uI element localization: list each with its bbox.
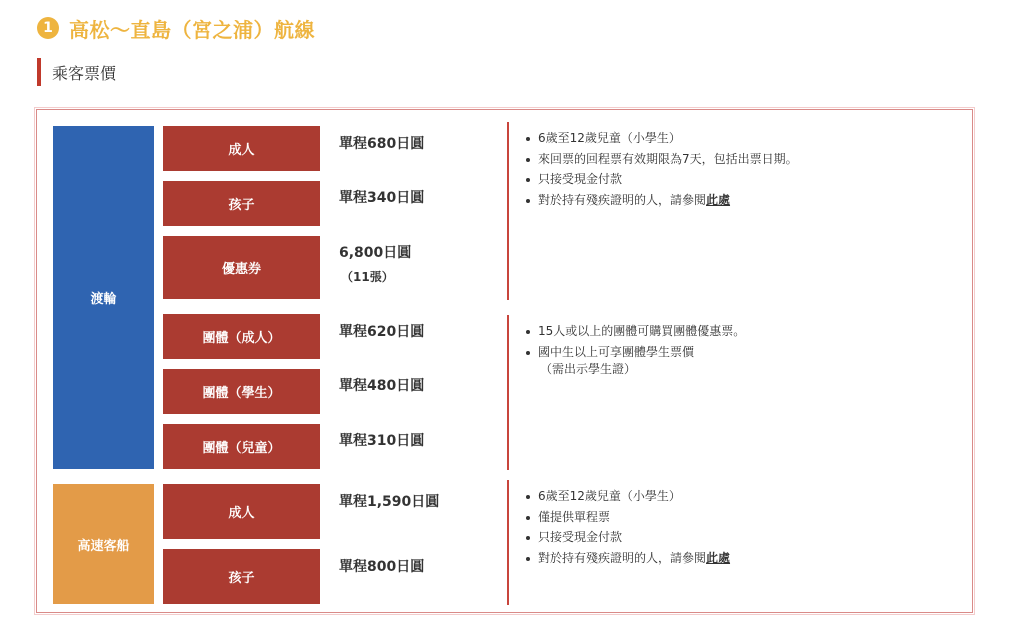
price-hs-child: 單程800日圓 — [339, 558, 424, 576]
note-item: 只接受現金付款 — [523, 527, 730, 548]
ticket-ferry-coupon: 優惠券 — [163, 236, 320, 299]
price-ferry-coupon: 6,800日圓 （11張） — [339, 244, 411, 286]
price-ferry-coupon-count: （11張） — [339, 268, 411, 286]
note-item: 只接受現金付款 — [523, 169, 798, 190]
note-item: 15人或以上的團體可購買團體優惠票。 — [523, 321, 745, 342]
note-item: 來回票的回程票有效期限為7天，包括出票日期。 — [523, 149, 798, 170]
price-ferry-coupon-main: 6,800日圓 — [339, 245, 411, 261]
category-high-speed-boat: 高速客船 — [53, 484, 154, 604]
price-ferry-adult: 單程680日圓 — [339, 135, 424, 153]
disability-info-link[interactable]: 此處 — [706, 551, 730, 565]
ticket-hs-child: 孩子 — [163, 549, 320, 604]
category-ferry: 渡輪 — [53, 126, 154, 469]
price-ferry-child: 單程340日圓 — [339, 189, 424, 207]
note-text: 對於持有殘疾證明的人，請參閱 — [538, 551, 706, 565]
note-continuation: （需出示學生證） — [538, 362, 745, 377]
fare-table-inner: 渡輪 成人 單程680日圓 孩子 單程340日圓 優惠券 6,800日圓 （11… — [36, 109, 973, 613]
page: 1 高松〜直島（宮之浦）航線 乘客票價 渡輪 成人 單程680日圓 孩子 單程3… — [0, 0, 1024, 635]
price-group-adult: 單程620日圓 — [339, 323, 424, 341]
ticket-ferry-child: 孩子 — [163, 181, 320, 226]
note-item: 對於持有殘疾證明的人，請參閱此處 — [523, 190, 798, 211]
ticket-hs-adult: 成人 — [163, 484, 320, 539]
ticket-ferry-adult: 成人 — [163, 126, 320, 171]
notes-divider — [507, 480, 509, 605]
notes-divider — [507, 122, 509, 300]
ticket-group-adult: 團體（成人） — [163, 314, 320, 359]
number-badge-icon: 1 — [37, 17, 59, 39]
notes-ferry-group: 15人或以上的團體可購買團體優惠票。 國中生以上可享團體學生票價（需出示學生證） — [523, 321, 745, 377]
note-item: 6歲至12歲兒童（小學生） — [523, 486, 730, 507]
note-text: 對於持有殘疾證明的人，請參閱 — [538, 193, 706, 207]
notes-divider — [507, 315, 509, 470]
price-group-child: 單程310日圓 — [339, 432, 424, 450]
notes-high-speed: 6歲至12歲兒童（小學生） 僅提供單程票 只接受現金付款 對於持有殘疾證明的人，… — [523, 486, 730, 568]
fare-table: 渡輪 成人 單程680日圓 孩子 單程340日圓 優惠券 6,800日圓 （11… — [34, 107, 975, 615]
disability-info-link[interactable]: 此處 — [706, 193, 730, 207]
ticket-group-child: 團體（兒童） — [163, 424, 320, 469]
note-item: 對於持有殘疾證明的人，請參閱此處 — [523, 548, 730, 569]
price-group-student: 單程480日圓 — [339, 377, 424, 395]
note-text: 國中生以上可享團體學生票價 — [538, 345, 694, 359]
price-hs-adult: 單程1,590日圓 — [339, 493, 439, 511]
route-title-text: 高松〜直島（宮之浦）航線 — [69, 14, 315, 43]
route-title: 1 高松〜直島（宮之浦）航線 — [37, 14, 315, 42]
note-item: 國中生以上可享團體學生票價（需出示學生證） — [523, 342, 745, 378]
notes-ferry-standard: 6歲至12歲兒童（小學生） 來回票的回程票有效期限為7天，包括出票日期。 只接受… — [523, 128, 798, 210]
ticket-group-student: 團體（學生） — [163, 369, 320, 414]
note-item: 僅提供單程票 — [523, 507, 730, 528]
section-subtitle: 乘客票價 — [37, 58, 116, 86]
note-item: 6歲至12歲兒童（小學生） — [523, 128, 798, 149]
